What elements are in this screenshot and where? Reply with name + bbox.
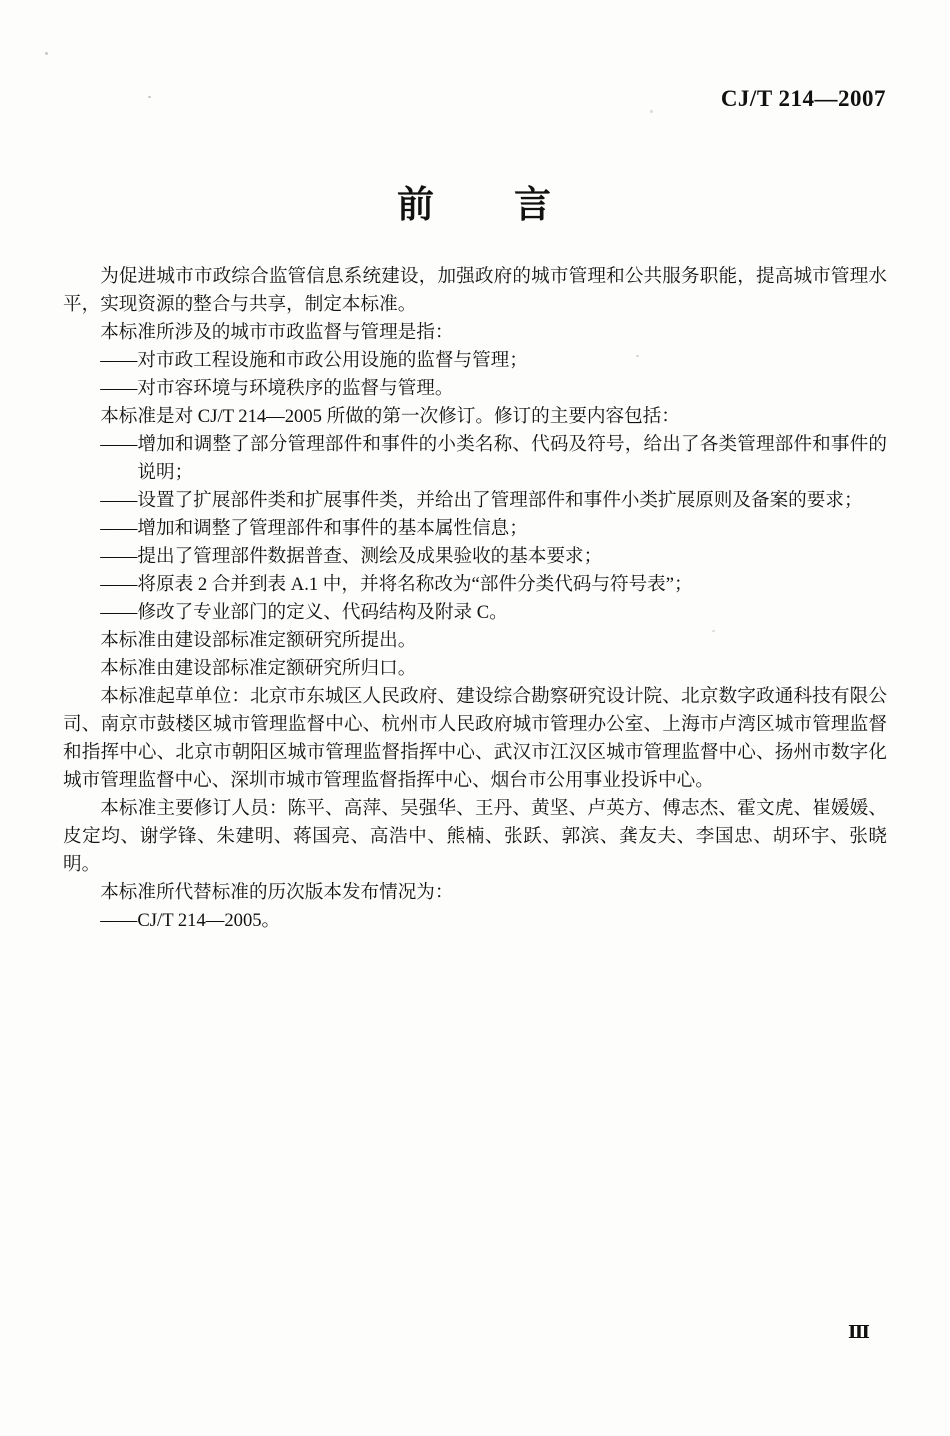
scan-speck (636, 355, 639, 357)
dash-item: ——CJ/T 214—2005。 (63, 907, 887, 935)
paragraph: 本标准由建设部标准定额研究所提出。 (63, 627, 887, 655)
standard-number: CJ/T 214—2007 (721, 86, 886, 112)
paragraph: 本标准是对 CJ/T 214—2005 所做的第一次修订。修订的主要内容包括： (63, 403, 887, 431)
paragraph: 本标准起草单位：北京市东城区人民政府、建设综合勘察研究设计院、北京数字政通科技有… (63, 683, 887, 795)
dash-item: ——设置了扩展部件类和扩展事件类，并给出了管理部件和事件小类扩展原则及备案的要求… (63, 487, 887, 515)
dash-item: ——修改了专业部门的定义、代码结构及附录 C。 (63, 599, 887, 627)
scan-speck (712, 630, 715, 632)
paragraph: 本标准主要修订人员：陈平、高萍、吴强华、王丹、黄坚、卢英方、傅志杰、霍文虎、崔媛… (63, 795, 887, 879)
document-page: CJ/T 214—2007 前 言 为促进城市市政综合监管信息系统建设，加强政府… (0, 0, 950, 1436)
dash-item: ——对市政工程设施和市政公用设施的监督与管理； (63, 347, 887, 375)
paragraph: 本标准所涉及的城市市政监督与管理是指： (63, 319, 887, 347)
dash-item: ——将原表 2 合并到表 A.1 中，并将名称改为“部件分类代码与符号表”； (63, 571, 887, 599)
paragraph: 为促进城市市政综合监管信息系统建设，加强政府的城市管理和公共服务职能，提高城市管… (63, 263, 887, 319)
dash-item: ——增加和调整了管理部件和事件的基本属性信息； (63, 515, 887, 543)
paragraph: 本标准所代替标准的历次版本发布情况为： (63, 879, 887, 907)
dash-item: ——对市容环境与环境秩序的监督与管理。 (63, 375, 887, 403)
scan-speck (45, 52, 48, 55)
dash-item: ——增加和调整了部分管理部件和事件的小类名称、代码及符号，给出了各类管理部件和事… (63, 431, 887, 487)
scan-speck (148, 96, 151, 98)
scan-speck (650, 110, 653, 113)
paragraph: 本标准由建设部标准定额研究所归口。 (63, 655, 887, 683)
page-number: Ⅲ (848, 1322, 870, 1343)
page-title: 前 言 (0, 174, 950, 228)
dash-item: ——提出了管理部件数据普查、测绘及成果验收的基本要求； (63, 543, 887, 571)
foreword-body: 为促进城市市政综合监管信息系统建设，加强政府的城市管理和公共服务职能，提高城市管… (63, 263, 887, 935)
